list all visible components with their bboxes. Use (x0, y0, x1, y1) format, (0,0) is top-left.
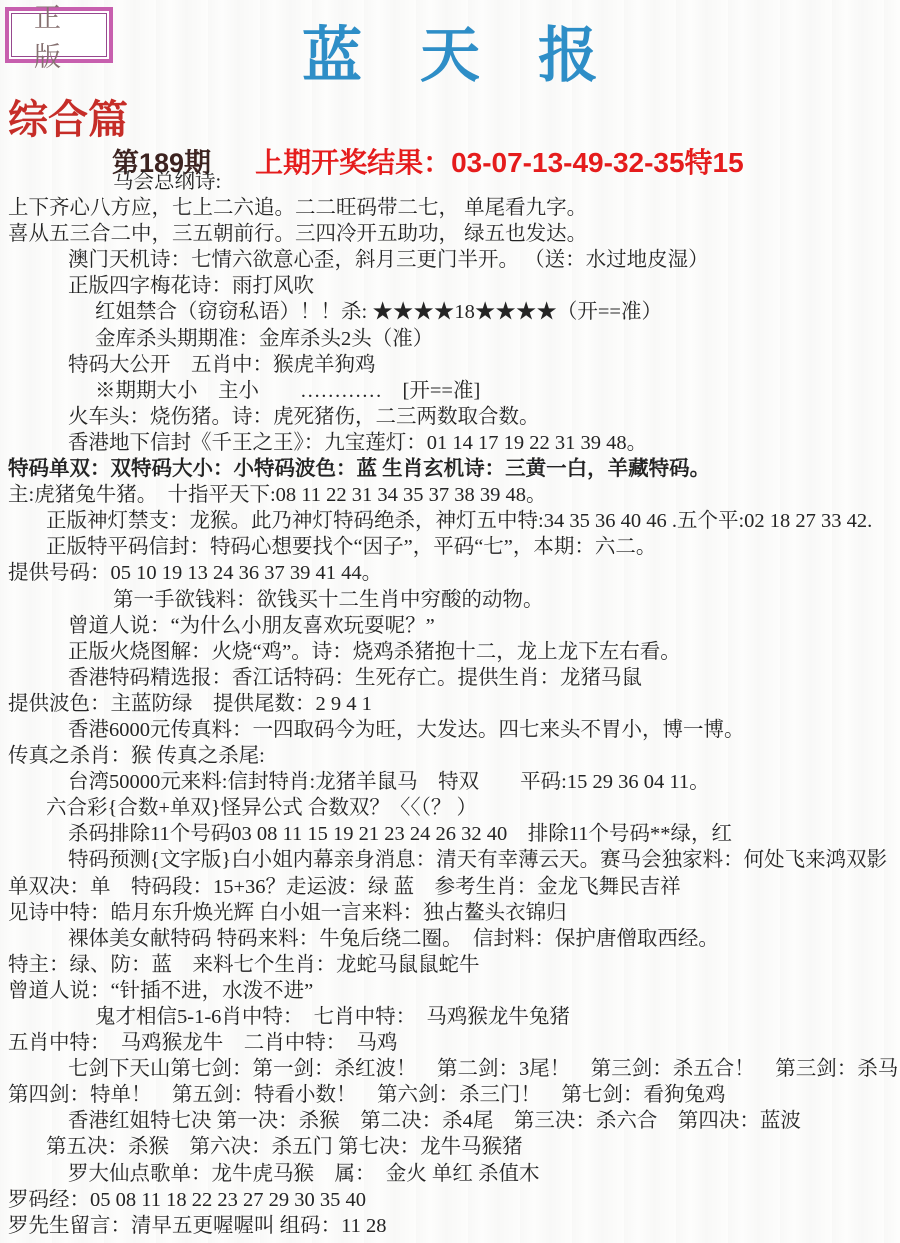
text-line: 金库杀头期期准：金库杀头2头（准） (0, 326, 900, 352)
text-line: 正版火烧图解：火烧“鸡”。诗：烧鸡杀猪抱十二，龙上龙下左右看。 (0, 639, 900, 665)
text-line: 曾道人说：“针插不进，水泼不进” (0, 978, 900, 1004)
text-line: 第四剑：特单！ 第五剑：特看小数！ 第六剑：杀三门！ 第七剑：看狗兔鸡 (0, 1082, 900, 1108)
text-line: 六合彩{合数+单双}怪异公式 合数双？〈〈（？ ） (0, 795, 900, 821)
text-line: ※期期大小 主小 ………… [开==准] (0, 378, 900, 404)
text-line: 特码大公开 五肖中：猴虎羊狗鸡 (0, 352, 900, 378)
text-line: 特码单双：双特码大小：小特码波色：蓝 生肖玄机诗：三黄一白，羊藏特码。 (0, 456, 900, 482)
text-line: 曾道人说：“为什么小朋友喜欢玩耍呢？” (0, 613, 900, 639)
text-line: 主:虎猪兔牛猪。 十指平天下:08 11 22 31 34 35 37 38 3… (0, 482, 900, 508)
text-line: 正版特平码信封：特码心想要找个“因子”，平码“七”，本期：六二。 (0, 534, 900, 560)
text-line: 裸体美女献特码 特码来料：牛兔后绕二圈。 信封料：保护唐僧取西经。 (0, 926, 900, 952)
text-line: 特主：绿、防：蓝 来料七个生肖：龙蛇马鼠鼠蛇牛 (0, 952, 900, 978)
text-line: 特码预测{文字版}白小姐内幕亲身消息：清天有幸薄云天。赛马会独家料：何处飞来鸿双… (0, 847, 900, 873)
text-line: 七剑下天山第七剑：第一剑：杀红波！ 第二剑：3尾！ 第三剑：杀五合！ 第三剑：杀… (0, 1056, 900, 1082)
text-line: 火车头：烧伤猪。诗：虎死猪伤，二三两数取合数。 (0, 404, 900, 430)
text-line: 正版四字梅花诗：雨打风吹 (0, 273, 900, 299)
text-line: 喜从五三合二中，三五朝前行。三四冷开五助功， 绿五也发达。 (0, 221, 900, 247)
text-line: 红姐禁合（窃窃私语）！！杀: ★★★★18★★★★（开==准） (0, 299, 900, 325)
text-line: 五肖中特： 马鸡猴龙牛 二肖中特： 马鸡 (0, 1030, 900, 1056)
text-line: 提供波色：主蓝防绿 提供尾数：2 9 4 1 (0, 691, 900, 717)
text-line: 罗码经：05 08 11 18 22 23 27 29 30 35 40 (0, 1187, 900, 1213)
text-line: 马会总纲诗: (0, 169, 900, 195)
text-line: 台湾50000元来料:信封特肖:龙猪羊鼠马 特双 平码:15 29 36 04 … (0, 769, 900, 795)
text-line: 杀码排除11个号码03 08 11 15 19 21 23 24 26 32 4… (0, 821, 900, 847)
text-line: 第一手欲钱料：欲钱买十二生肖中穷酸的动物。 (0, 587, 900, 613)
text-line: 传真之杀肖：猴 传真之杀尾: (0, 743, 900, 769)
text-line: 第五决：杀猴 第六决：杀五门 第七决：龙牛马猴猪 (0, 1134, 900, 1160)
text-line: 正版神灯禁支：龙猴。此乃神灯特码绝杀，神灯五中特:34 35 36 40 46 … (0, 508, 900, 534)
text-line: 提供号码：05 10 19 13 24 36 37 39 41 44。 (0, 560, 900, 586)
text-line: 鬼才相信5-1-6肖中特： 七肖中特： 马鸡猴龙牛兔猪 (0, 1004, 900, 1030)
text-line: 香港特码精选报：香江话特码：生死存亡。提供生肖：龙猪马鼠 (0, 665, 900, 691)
body-lines: 马会总纲诗:上下齐心八方应，七上二六追。二二旺码带二七， 单尾看九字。喜从五三合… (0, 169, 900, 1239)
page-title: 蓝天报 (0, 8, 900, 94)
text-line: 澳门天机诗：七情六欲意心歪，斜月三更门半开。 （送：水过地皮湿） (0, 247, 900, 273)
newspaper-page: 正版 蓝天报 综合篇 第189期上期开奖结果：03-07-13-49-32-35… (0, 0, 900, 1243)
text-line: 香港地下信封《千王之王》：九宝莲灯：01 14 17 19 22 31 39 4… (0, 430, 900, 456)
text-line: 罗大仙点歌单：龙牛虎马猴 属： 金火 单红 杀值木 (0, 1161, 900, 1187)
text-line: 香港红姐特七决 第一决：杀猴 第二决：杀4尾 第三决：杀六合 第四决：蓝波 (0, 1108, 900, 1134)
text-line: 罗先生留言：清早五更喔喔叫 组码：11 28 (0, 1213, 900, 1239)
text-line: 见诗中特：皓月东升焕光辉 白小姐一言来料：独占鳌头衣锦归 (0, 900, 900, 926)
text-line: 单双决：单 特码段：15+36？走运波：绿 蓝 参考生肖：金龙飞舞民吉祥 (0, 874, 900, 900)
text-line: 上下齐心八方应，七上二六追。二二旺码带二七， 单尾看九字。 (0, 195, 900, 221)
section-title: 综合篇 (8, 88, 128, 145)
text-line: 香港6000元传真料：一四取码今为旺，大发达。四七来头不胃小，博一博。 (0, 717, 900, 743)
